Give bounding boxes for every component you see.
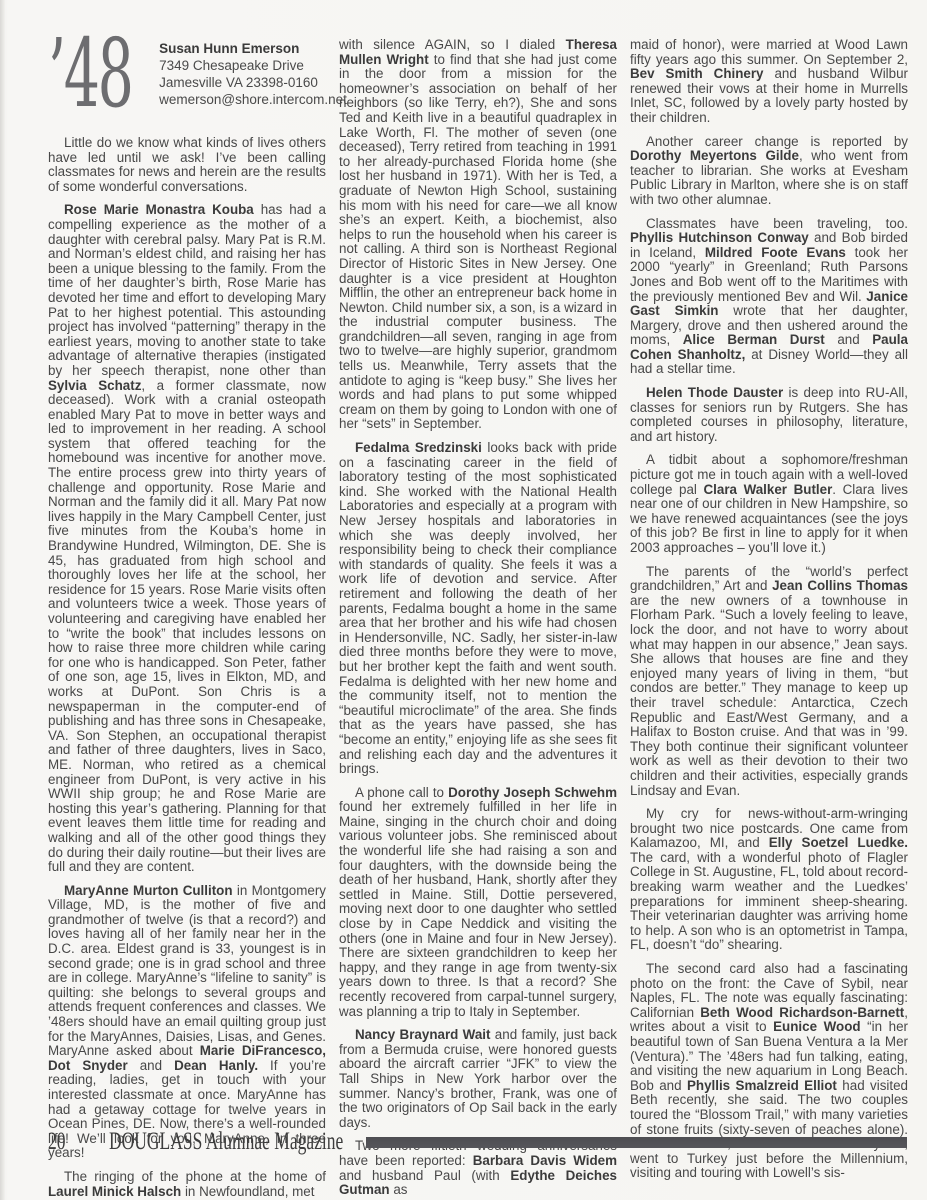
paragraph: Nancy Braynard Wait and family, just bac… <box>339 1028 617 1130</box>
body-text: Classmates have been traveling, too. <box>646 216 908 231</box>
magazine-title: DOUGLASS Alumnae Magazine <box>109 1128 343 1156</box>
classmate-name: Mildred Foote Evans <box>705 245 846 260</box>
paragraph: The ringing of the phone at the home of … <box>48 1170 326 1199</box>
classmate-name: Helen Thode Dauster <box>646 385 783 400</box>
classmate-name: Nancy Braynard Wait <box>355 1027 490 1042</box>
column-2: with silence AGAIN, so I dialed Theresa … <box>339 38 617 1199</box>
body-text: has had a compelling experience as the m… <box>48 202 326 378</box>
classmate-name: Beth Wood Richardson-Barnett <box>700 1005 904 1020</box>
body-text: in Montgomery Village, MD, is the mother… <box>48 883 326 1059</box>
paragraph: Rose Marie Monastra Kouba has had a comp… <box>48 203 326 874</box>
paragraph: MaryAnne Murton Culliton in Montgomery V… <box>48 884 326 1161</box>
magazine-page: ’48 Susan Hunn Emerson 7349 Chesapeake D… <box>0 0 927 1200</box>
body-text: maid of honor), were married at Wood Law… <box>630 37 908 67</box>
body-text: and family, just back from a Bermuda cru… <box>339 1027 617 1130</box>
paragraph: My cry for news-without-arm-wringing bro… <box>630 807 908 953</box>
paragraph: maid of honor), were married at Wood Law… <box>630 38 908 126</box>
classmate-name: Alice Berman Durst <box>683 332 825 347</box>
body-text: , a former classmate, now deceased). Wor… <box>48 378 326 875</box>
body-text: in Newfoundland, met <box>181 1184 314 1199</box>
classmate-name: Jean Collins Thomas <box>772 578 908 593</box>
paragraph: Classmates have been traveling, too. Phy… <box>630 217 908 378</box>
secretary-address-line1: 7349 Chesapeake Drive <box>159 57 347 74</box>
column-3: maid of honor), were married at Wood Law… <box>630 38 908 1199</box>
body-text: looks back with pride on a fascinating c… <box>339 440 617 776</box>
body-text: Another career change is reported by <box>646 134 908 149</box>
body-text: The card, with a wonderful photo of Flag… <box>630 850 908 953</box>
classmate-name: Dean Hanly. <box>174 1058 258 1073</box>
paragraph: with silence AGAIN, so I dialed Theresa … <box>339 38 617 432</box>
body-text: Little do we know what kinds of lives ot… <box>48 135 326 194</box>
column-2-text: with silence AGAIN, so I dialed Theresa … <box>339 38 617 1198</box>
classmate-name: Dorothy Joseph Schwehm <box>448 785 617 800</box>
classmate-name: Rose Marie Monastra Kouba <box>64 202 254 217</box>
classmate-name: Clara Walker Butler <box>704 482 833 497</box>
classmate-name: Laurel Minick Halsch <box>48 1184 181 1199</box>
class-secretary-contact: Susan Hunn Emerson 7349 Chesapeake Drive… <box>159 38 347 108</box>
column-3-text: maid of honor), were married at Wood Law… <box>630 38 908 1181</box>
body-text: and <box>128 1058 174 1073</box>
paragraph: The parents of the “world’s perfect gran… <box>630 565 908 799</box>
body-text: as <box>390 1182 408 1197</box>
classmate-name: Phyllis Smalzreid Elliot <box>687 1078 837 1093</box>
body-text: A phone call to <box>355 785 448 800</box>
footer-rule-bar <box>366 1137 907 1148</box>
body-text: with silence AGAIN, so I dialed <box>339 37 566 52</box>
paragraph: A phone call to Dorothy Joseph Schwehm f… <box>339 786 617 1020</box>
class-header: ’48 Susan Hunn Emerson 7349 Chesapeake D… <box>48 38 326 120</box>
body-text: found her extremely fulfilled in her lif… <box>339 799 617 1018</box>
page-number: 20 <box>48 1128 66 1156</box>
secretary-email: wemerson@shore.intercom.net <box>159 91 347 108</box>
classmate-name: MaryAnne Murton Culliton <box>64 883 233 898</box>
classmate-name: Fedalma Sredzinski <box>355 440 482 455</box>
classmate-name: Dorothy Meyertons Gilde <box>630 148 799 163</box>
body-text: to find that she had just come in the do… <box>339 52 617 432</box>
classmate-name: Elly Soetzel Luedke. <box>769 835 908 850</box>
body-text: are the new owners of a townhouse in Flo… <box>630 593 908 798</box>
article-body: ’48 Susan Hunn Emerson 7349 Chesapeake D… <box>48 38 906 1199</box>
classmate-name: Bev Smith Chinery <box>630 66 764 81</box>
classmate-name: Phyllis Hutchinson Conway <box>630 230 809 245</box>
body-text: and husband Paul (with <box>339 1168 510 1183</box>
paragraph: Another career change is reported by Dor… <box>630 135 908 208</box>
column-1-text: Little do we know what kinds of lives ot… <box>48 136 326 1199</box>
secretary-name: Susan Hunn Emerson <box>159 40 347 57</box>
body-text: The ringing of the phone at the home of <box>64 1169 326 1184</box>
page-footer: 20 DOUGLASS Alumnae Magazine <box>48 1128 907 1156</box>
paragraph: Little do we know what kinds of lives ot… <box>48 136 326 194</box>
paragraph: Fedalma Sredzinski looks back with pride… <box>339 441 617 777</box>
class-year: ’48 <box>48 38 131 110</box>
classmate-name: Eunice Wood <box>773 1019 860 1034</box>
secretary-address-line2: Jamesville VA 23398-0160 <box>159 74 347 91</box>
column-1: ’48 Susan Hunn Emerson 7349 Chesapeake D… <box>48 38 326 1199</box>
scan-edge-shade <box>0 0 5 1200</box>
paragraph: A tidbit about a sophomore/freshman pict… <box>630 453 908 555</box>
body-text: and <box>825 332 873 347</box>
paragraph: Helen Thode Dauster is deep into RU-All,… <box>630 386 908 444</box>
classmate-name: Sylvia Schatz <box>48 378 141 393</box>
